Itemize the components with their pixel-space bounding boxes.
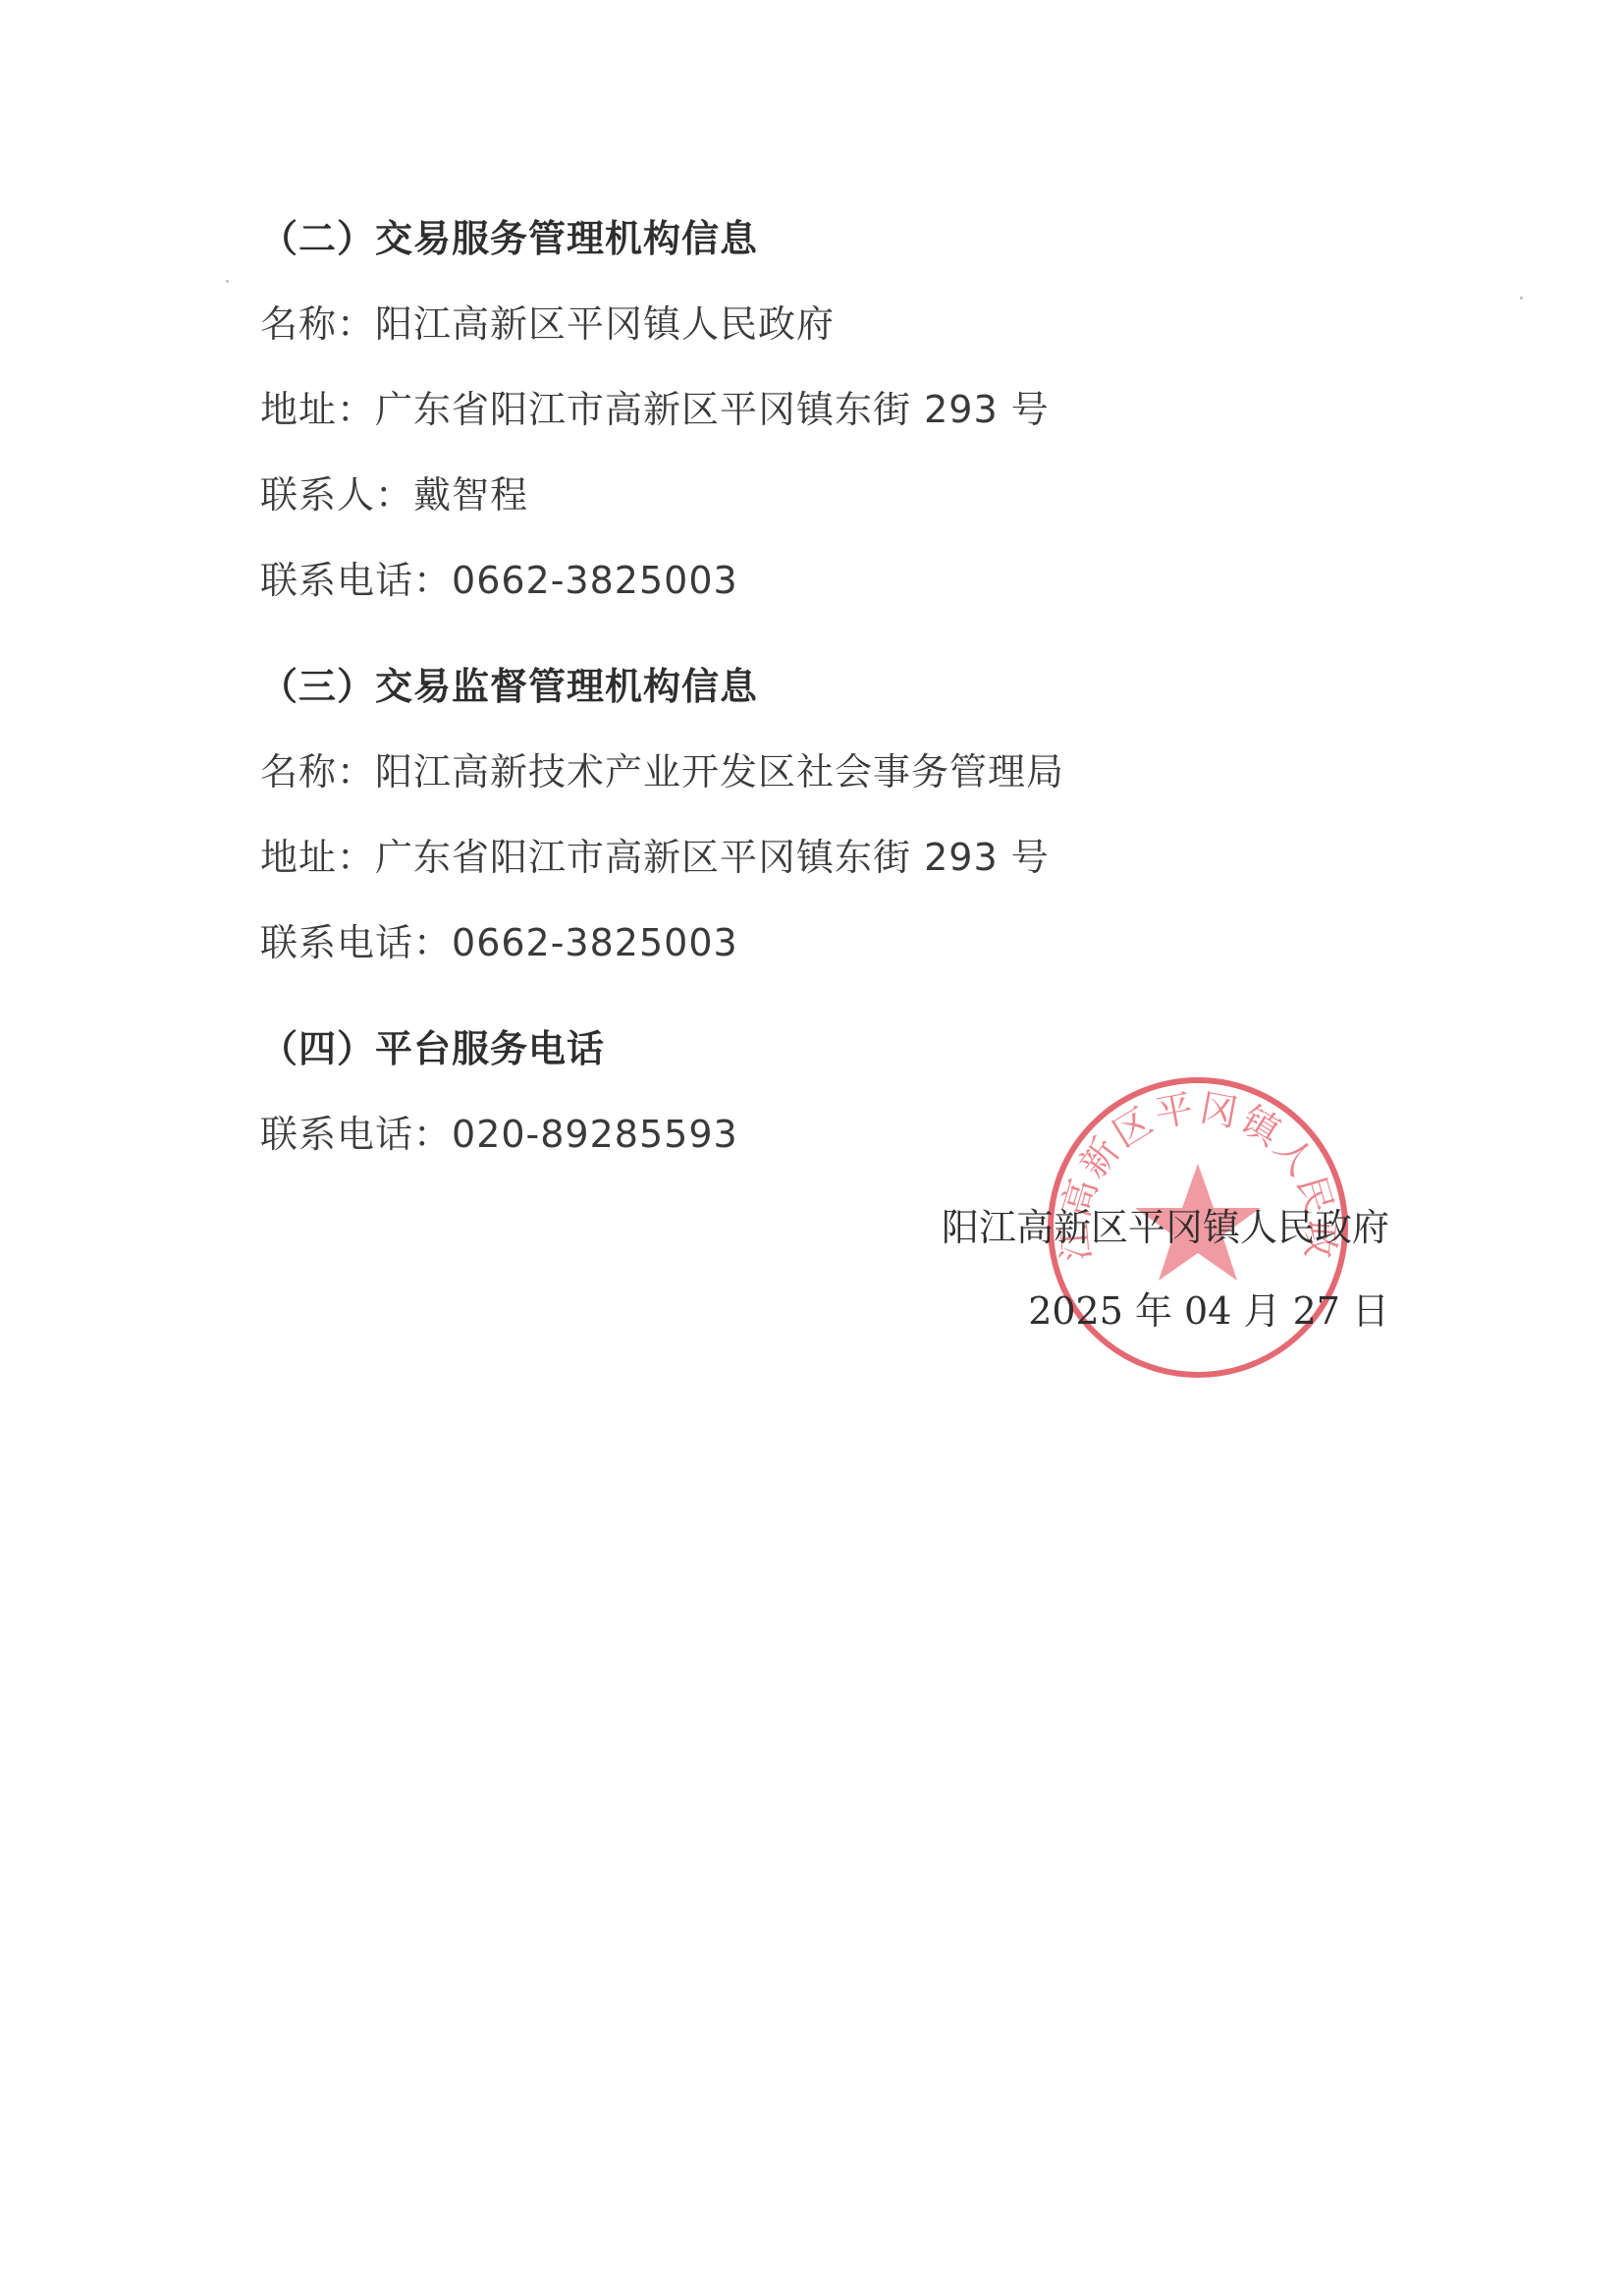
- field-value: 戴智程: [413, 473, 528, 517]
- field-address: 地址：广东省阳江市高新区平冈镇东街 293 号: [260, 835, 1050, 880]
- field-value: 020-89285593: [452, 1113, 738, 1156]
- scan-speck: [226, 280, 229, 283]
- field-label: 名称：: [260, 302, 375, 346]
- field-value: 阳江高新技术产业开发区社会事务管理局: [375, 750, 1064, 793]
- document-page: （二）交易服务管理机构信息 名称：阳江高新区平冈镇人民政府 地址：广东省阳江市高…: [0, 0, 1623, 2296]
- field-label: 地址：: [260, 388, 375, 431]
- signature-date: 2025 年 04 月 27 日: [1028, 1288, 1389, 1334]
- field-value: 阳江高新区平冈镇人民政府: [375, 302, 835, 346]
- section-heading-4: （四）平台服务电话: [260, 1026, 605, 1071]
- scan-speck: [1520, 297, 1523, 300]
- field-address: 地址：广东省阳江市高新区平冈镇东街 293 号: [260, 387, 1050, 432]
- field-value: 0662-3825003: [452, 559, 738, 602]
- field-phone: 联系电话：0662-3825003: [260, 920, 738, 965]
- field-label: 联系电话：: [260, 921, 452, 964]
- field-label: 联系电话：: [260, 1113, 452, 1156]
- field-value: 广东省阳江市高新区平冈镇东街 293 号: [375, 836, 1050, 879]
- field-label: 名称：: [260, 750, 375, 793]
- field-phone: 联系电话：020-89285593: [260, 1112, 738, 1157]
- section-heading-2: （二）交易服务管理机构信息: [260, 216, 758, 261]
- field-name: 名称：阳江高新技术产业开发区社会事务管理局: [260, 749, 1064, 794]
- field-value: 广东省阳江市高新区平冈镇东街 293 号: [375, 388, 1050, 431]
- section-heading-3: （三）交易监督管理机构信息: [260, 664, 758, 709]
- field-name: 名称：阳江高新区平冈镇人民政府: [260, 301, 835, 347]
- field-contact-person: 联系人：戴智程: [260, 472, 528, 518]
- field-label: 联系电话：: [260, 559, 452, 602]
- field-label: 联系人：: [260, 473, 413, 517]
- field-label: 地址：: [260, 836, 375, 879]
- field-phone: 联系电话：0662-3825003: [260, 558, 738, 603]
- field-value: 0662-3825003: [452, 921, 738, 964]
- signature-organization: 阳江高新区平冈镇人民政府: [942, 1205, 1389, 1250]
